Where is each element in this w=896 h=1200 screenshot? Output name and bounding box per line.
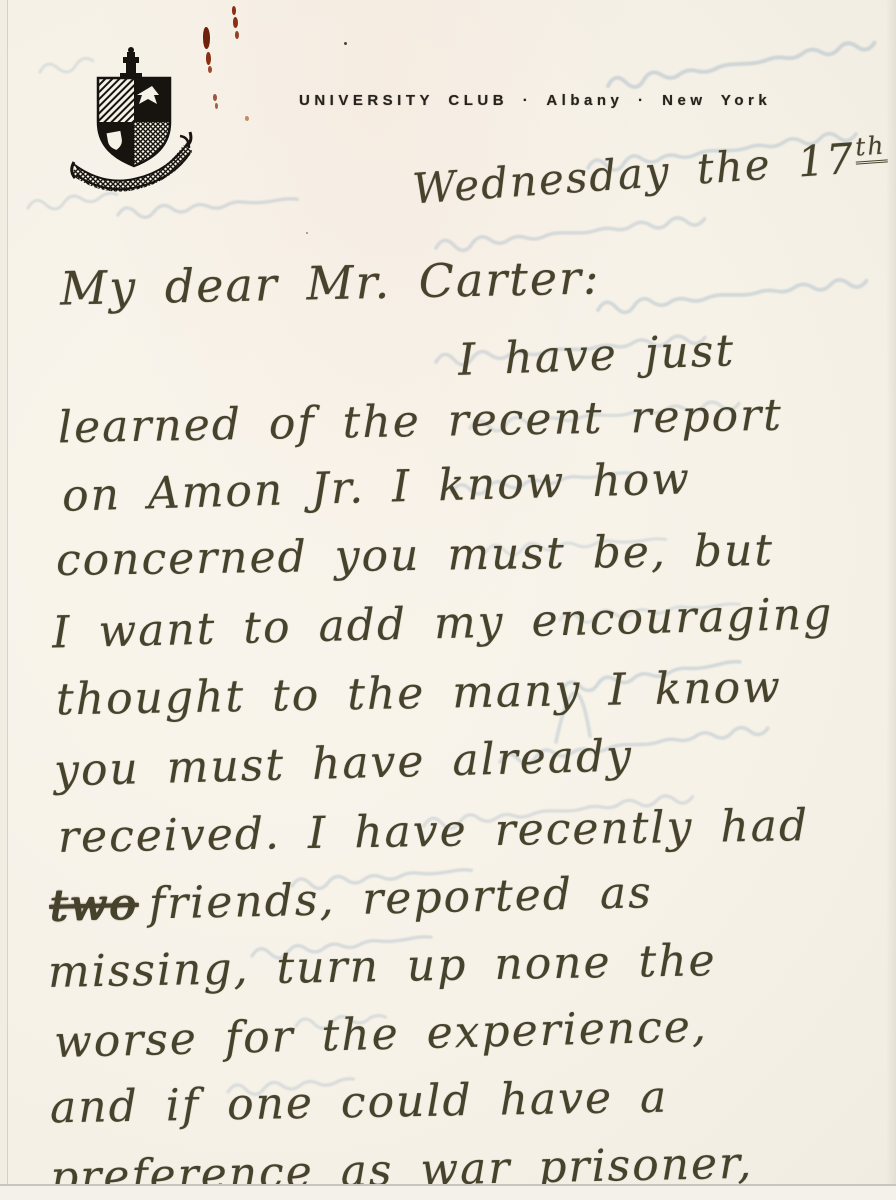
letter-line: concerned you must be, but <box>56 525 775 586</box>
crest-finial-icon <box>120 47 142 78</box>
letter-line: I have just <box>457 325 736 386</box>
red-ink-stain <box>215 103 218 109</box>
red-ink-stain <box>232 6 236 15</box>
red-ink-stain <box>206 52 211 65</box>
letter-line: and if one could have a <box>50 1072 669 1134</box>
salutation: My dear Mr. Carter: <box>59 250 601 315</box>
paper-speck <box>306 232 308 234</box>
scan-edge-bottom <box>0 1186 896 1200</box>
letter-page: UNIVERSITY CLUB · Albany · New York Wedn… <box>0 0 896 1200</box>
club-crest-logo <box>68 44 208 194</box>
red-ink-stain <box>233 17 238 28</box>
red-ink-stain <box>235 31 239 39</box>
scan-edge-right <box>886 0 896 1200</box>
crest-shield-icon <box>98 78 170 166</box>
paper-speck <box>344 42 347 45</box>
red-ink-stain <box>208 66 212 73</box>
date-ordinal: th <box>853 130 887 164</box>
red-ink-stain <box>203 27 210 49</box>
overwritten-word: two <box>49 879 138 932</box>
letterhead-text: UNIVERSITY CLUB · Albany · New York <box>299 92 739 109</box>
red-ink-stain <box>213 94 217 101</box>
red-ink-stain <box>245 116 249 121</box>
date-day: 17 <box>796 134 857 187</box>
